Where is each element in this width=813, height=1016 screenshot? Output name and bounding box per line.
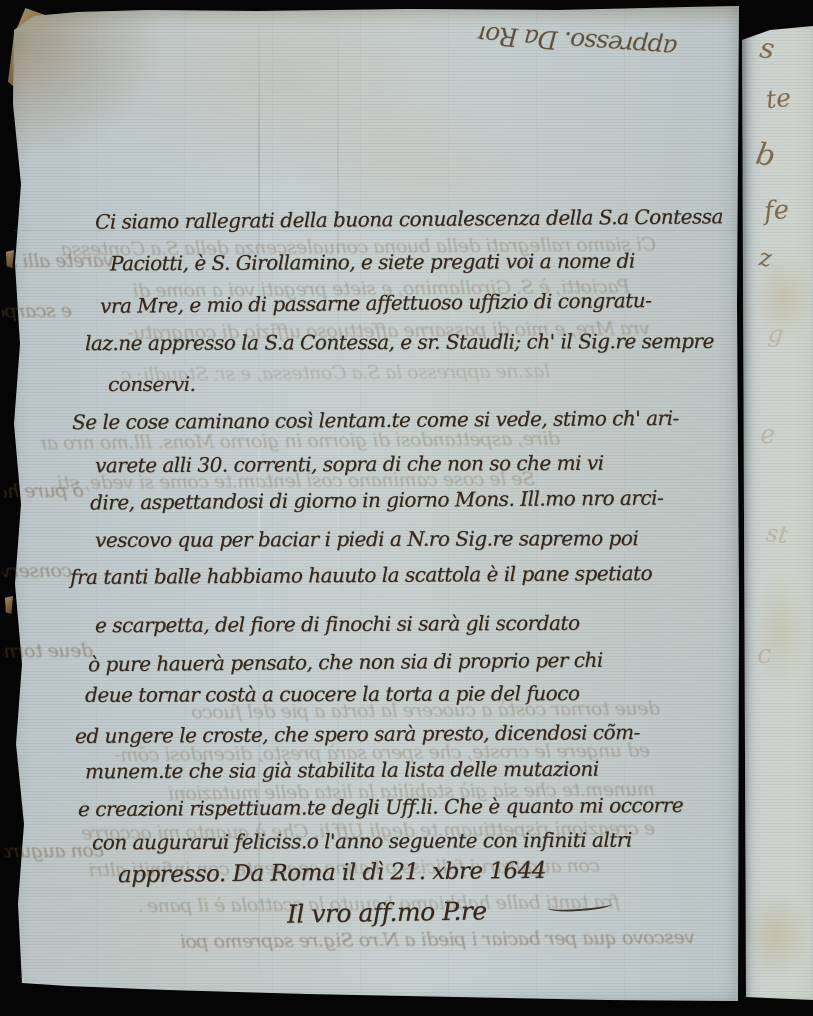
edge-chip <box>5 596 13 614</box>
letter-line: e scarpetta, del fiore di finochi si sar… <box>95 611 580 638</box>
letter-line: Se le cose caminano così lentam.te come … <box>72 406 679 434</box>
letter-line: dire, aspettandosi di giorno in giorno M… <box>90 485 663 514</box>
ink-mark: e <box>759 419 777 450</box>
scanned-letter-page: Ci siamo rallegrati della buona conuales… <box>0 0 813 1016</box>
letter-line: ed ungere le croste, che spero sarà pres… <box>75 720 640 748</box>
letter-line: con augurarui feliciss.o l'anno seguente… <box>92 828 632 855</box>
signature-line: Il vro aff.mo P.re <box>287 896 487 928</box>
ink-mark: fe <box>763 195 790 227</box>
date-line: appresso. Da Roma il dì 21. xbre 1644 <box>118 858 546 888</box>
ink-mark: c <box>755 639 773 670</box>
letter-line: munem.te che sia già stabilita la lista … <box>85 757 599 784</box>
letter-line: Paciotti, è S. Girollamino, e siete preg… <box>110 249 635 276</box>
adjacent-page-edge <box>740 22 813 1004</box>
ink-mark: te <box>765 83 793 114</box>
ink-mark: g <box>767 319 785 348</box>
edge-chip <box>6 250 14 268</box>
letter-line: conservi. <box>108 372 195 396</box>
letter-line: varete alli 30. correnti, sopra di che n… <box>95 451 604 478</box>
ink-mark: z <box>758 243 774 272</box>
letter-line: e creazioni rispettiuam.te degli Uff.li.… <box>78 793 683 821</box>
ink-mark: st <box>764 519 789 549</box>
letter-line: laz.ne appresso la S.a Contessa, e sr. S… <box>85 329 714 355</box>
letter-line: ò pure hauerà pensato, che non sia di pr… <box>88 648 603 676</box>
letter-line: deue tornar costà a cuocere la torta a p… <box>85 681 579 707</box>
letter-line: vescovo qua per baciar i piedi a N.ro Si… <box>95 526 638 552</box>
letter-line: fra tanti balle habbiamo hauuto la scatt… <box>70 561 652 589</box>
